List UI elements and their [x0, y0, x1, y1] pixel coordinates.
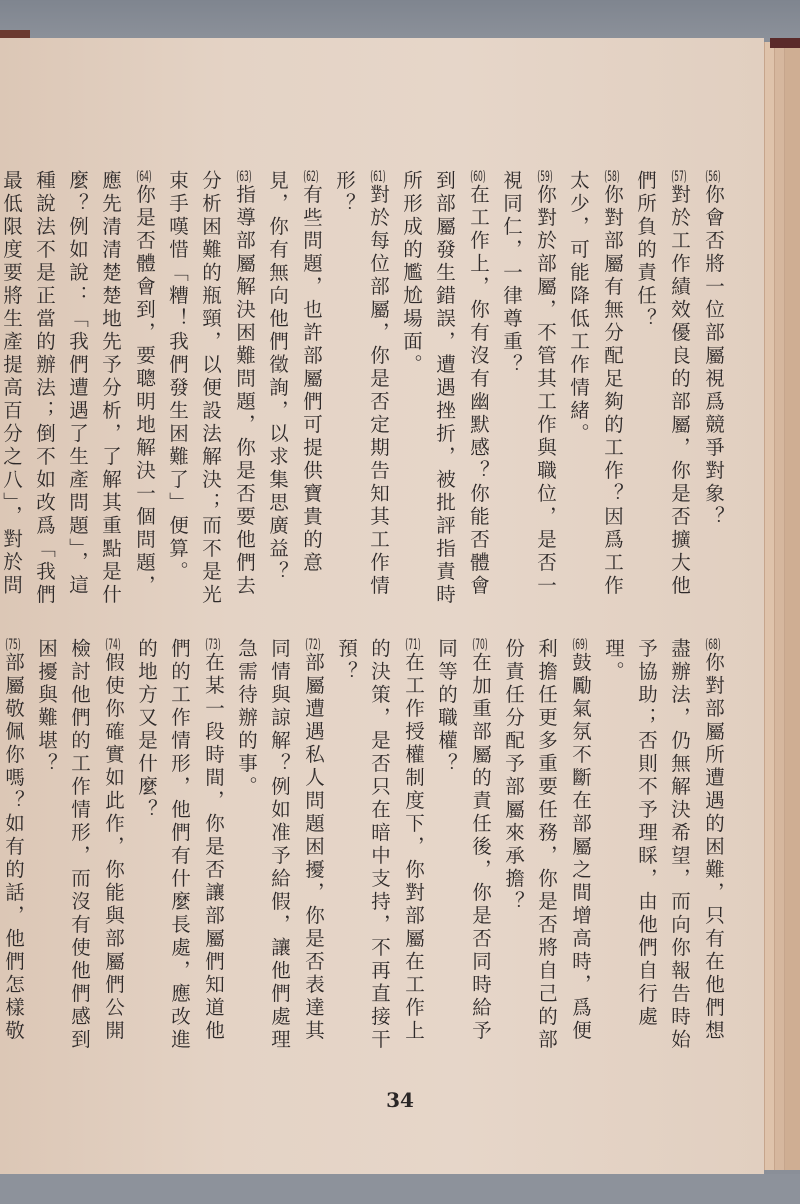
- question-number: (74): [105, 638, 121, 652]
- question-text: 在加重部屬的責任後，你是否同時給予同等的職權？: [435, 638, 492, 1043]
- question-number: (69): [572, 638, 588, 652]
- text-upper-half: (56)你會否將一位部屬視爲競爭對象？(57)對於工作績效優良的部屬，你是否擴大…: [70, 170, 730, 610]
- question-number: (73): [205, 638, 221, 652]
- question-item: (59)你對於部屬，不管其工作與職位，是否一視同仁，一律尊重？: [495, 170, 562, 610]
- question-text: 你是否體會到，要聰明地解決一個問題，應先清清楚楚地先予分析，了解其重點是什麼？例…: [0, 170, 156, 607]
- question-number: (62): [303, 170, 319, 184]
- question-number: (72): [305, 638, 321, 652]
- question-text: 鼓勵氣氛不斷在部屬之間增高時，爲便利擔任更多重要任務，你是否將自己的部份責任分配…: [502, 638, 592, 1052]
- book-cover-corner: [0, 30, 30, 38]
- question-item: (61)對於每位部屬，你是否定期告知其工作情形？: [328, 170, 395, 610]
- question-item: (60)在工作上，你有沒有幽默感？你能否體會到部屬發生錯誤，遭遇挫折，被批評指責…: [395, 170, 495, 610]
- question-item: (56)你會否將一位部屬視爲競爭對象？: [696, 170, 730, 610]
- question-text: 假使你確實如此作，你能與部屬們公開檢討他們的工作情形，而沒有使他們感到困擾與難堪…: [35, 638, 125, 1052]
- page-stack-edge: [784, 42, 800, 1170]
- background-bottom: [0, 1174, 800, 1204]
- question-item: (63)指導部屬解決困難問題，你是否要他們去分析困難的瓶頸，以便設法解決；而不是…: [161, 170, 261, 610]
- question-text: 對於工作績效優良的部屬，你是否擴大他們所負的責任？: [634, 170, 691, 598]
- question-text: 在工作上，你有沒有幽默感？你能否體會到部屬發生錯誤，遭遇挫折，被批評指責時所形成…: [400, 170, 490, 607]
- background-top: [0, 0, 800, 40]
- question-item: (70)在加重部屬的責任後，你是否同時給予同等的職權？: [430, 638, 497, 1058]
- book-cover-corner: [770, 38, 800, 48]
- question-text: 對於每位部屬，你是否定期告知其工作情形？: [333, 170, 390, 598]
- question-number: (63): [236, 170, 252, 184]
- question-number: (57): [671, 170, 687, 184]
- question-item: (73)在某一段時間，你是否讓部屬們知道他們的工作情形，他們有什麼長處，應改進的…: [130, 638, 230, 1058]
- question-item: (68)你對部屬所遭遇的困難，只有在他們想盡辦法，仍無解決希望，而向你報告時始予…: [597, 638, 730, 1058]
- question-item: (74)假使你確實如此作，你能與部屬們公開檢討他們的工作情形，而沒有使他們感到困…: [30, 638, 130, 1058]
- question-item: (69)鼓勵氣氛不斷在部屬之間增高時，爲便利擔任更多重要任務，你是否將自己的部份…: [497, 638, 597, 1058]
- question-text: 在工作授權制度下，你對部屬在工作上的決策，是否只在暗中支持，不再直接干預？: [335, 638, 425, 1052]
- question-item: (58)你對部屬有無分配足夠的工作？因爲工作太少，可能降低工作情緒。: [562, 170, 629, 610]
- question-item: (72)部屬遭遇私人問題困擾，你是否表達其同情與諒解？例如准予給假，讓他們處理急…: [230, 638, 330, 1058]
- question-number: (61): [370, 170, 386, 184]
- question-text: 在某一段時間，你是否讓部屬們知道他們的工作情形，他們有什麼長處，應改進的地方又是…: [135, 638, 225, 1052]
- question-number: (64): [136, 170, 152, 184]
- question-number: (70): [472, 638, 488, 652]
- question-number: (59): [537, 170, 553, 184]
- question-item: (57)對於工作績效優良的部屬，你是否擴大他們所負的責任？: [629, 170, 696, 610]
- question-number: (68): [705, 638, 721, 652]
- page-text: (56)你會否將一位部屬視爲競爭對象？(57)對於工作績效優良的部屬，你是否擴大…: [70, 170, 730, 1070]
- question-number: (60): [470, 170, 486, 184]
- question-item: (71)在工作授權制度下，你對部屬在工作上的決策，是否只在暗中支持，不再直接干預…: [330, 638, 430, 1058]
- question-text: 你會否將一位部屬視爲競爭對象？: [702, 184, 725, 529]
- question-text: 你對部屬所遭遇的困難，只有在他們想盡辦法，仍無解決希望，而向你報告時始予協助；否…: [602, 638, 725, 1052]
- text-lower-half: (68)你對部屬所遭遇的困難，只有在他們想盡辦法，仍無解決希望，而向你報告時始予…: [70, 638, 730, 1058]
- question-text: 指導部屬解決困難問題，你是否要他們去分析困難的瓶頸，以便設法解決；而不是光束手嘆…: [166, 170, 256, 607]
- question-number: (58): [604, 170, 620, 184]
- question-number: (56): [705, 170, 721, 184]
- question-item: (75)部屬敬佩你嗎？如有的話，他們怎樣敬佩你呢？是由於工作的關係、私人關係，抑…: [0, 638, 30, 1058]
- question-number: (71): [405, 638, 421, 652]
- question-item: (62)有些問題，也許部屬們可提供寶貴的意見，你有無向他們徵詢，以求集思廣益？: [261, 170, 328, 610]
- page-number: 34: [350, 1088, 450, 1112]
- question-number: (75): [5, 638, 21, 652]
- question-text: 部屬遭遇私人問題困擾，你是否表達其同情與諒解？例如准予給假，讓他們處理急需待辦的…: [235, 638, 325, 1052]
- question-item: (64)你是否體會到，要聰明地解決一個問題，應先清清楚楚地先予分析，了解其重點是…: [0, 170, 161, 610]
- question-text: 你對於部屬，不管其工作與職位，是否一視同仁，一律尊重？: [500, 170, 557, 598]
- question-text: 有些問題，也許部屬們可提供寶貴的意見，你有無向他們徵詢，以求集思廣益？: [266, 170, 323, 584]
- question-text: 部屬敬佩你嗎？如有的話，他們怎樣敬佩你呢？是由於工作的關係、私人關係，抑或其他因…: [0, 638, 25, 1052]
- question-text: 你對部屬有無分配足夠的工作？因爲工作太少，可能降低工作情緒。: [567, 170, 624, 598]
